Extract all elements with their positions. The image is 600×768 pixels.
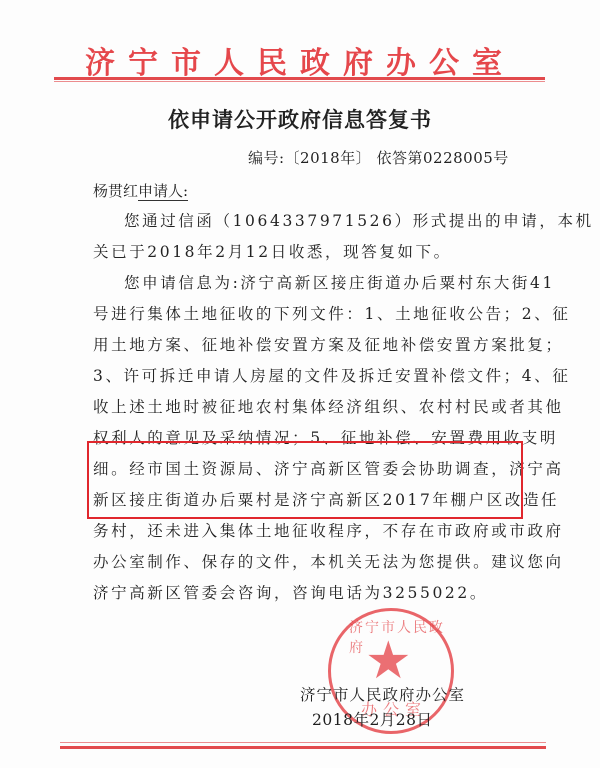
body-line: 3、许可拆迁申请人房屋的文件及拆迁安置补偿文件；4、征 — [93, 364, 570, 386]
body-line: 您通过信函（1064337971526）形式提出的申请，本机 — [124, 209, 594, 231]
body-line: 您申请信息为:济宁高新区接庄街道办后粟村东大街41 — [124, 271, 555, 293]
body-line: 新区接庄街道办后粟村是济宁高新区2017年棚户区改造任 — [93, 488, 559, 510]
document-title: 依申请公开政府信息答复书 — [0, 104, 600, 134]
signature-date: 2018年2月28日 — [312, 708, 433, 730]
signature-org: 济宁市人民政府办公室 — [300, 683, 465, 705]
footer-rule-thin — [60, 742, 546, 743]
body-line: 收上述土地时被征地农村集体经济组织、农村村民或者其他 — [93, 395, 564, 417]
applicant-name: 杨贯红 — [93, 182, 138, 200]
seal-text-top: 济宁市人民政府 — [349, 617, 451, 657]
body-line: 关已于2018年2月12日收悉，现答复如下。 — [93, 240, 452, 262]
letterhead-title: 济宁市人民政府办公室 — [0, 38, 600, 82]
body-line: 务村，还未进入集体土地征收程序，不存在市政府或市政府 — [93, 519, 564, 541]
body-line: 号进行集体土地征收的下列文件：1、土地征收公告；2、征 — [93, 302, 570, 324]
body-line: 济宁高新区管委会咨询，咨询电话为3255022。 — [93, 581, 488, 603]
body-line: 用土地方案、征地补偿安置方案及征地补偿安置方案批复； — [93, 333, 564, 355]
letterhead-rule-thin — [54, 81, 545, 82]
body-line: 办公室制作、保存的文件，本机关无法为您提供。建议您向 — [93, 550, 564, 572]
letterhead-rule — [54, 77, 545, 80]
applicant-label: 申请人: — [138, 182, 188, 201]
salutation: 杨贯红申请人: — [93, 180, 188, 201]
footer-rule — [60, 746, 546, 749]
document-number: 编号:〔2018年〕 依答第0228005号 — [248, 147, 509, 168]
